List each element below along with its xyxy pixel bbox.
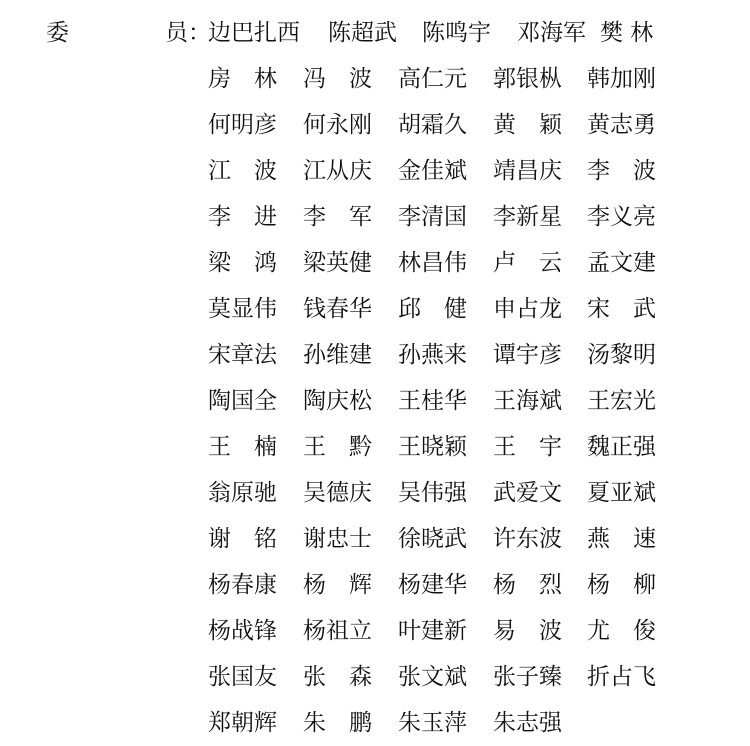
member-name: 朱 鹏 (303, 709, 372, 737)
member-name: 陶国全 (208, 387, 277, 415)
label-yuan: 员： (165, 19, 211, 47)
member-name: 靖昌庆 (493, 157, 562, 185)
member-name: 吴德庆 (303, 479, 372, 507)
member-name: 许东波 (493, 525, 562, 553)
member-name: 杨祖立 (303, 617, 372, 645)
member-name: 王 宇 (493, 433, 562, 461)
member-name: 夏亚斌 (587, 479, 656, 507)
member-name: 张 森 (303, 663, 372, 691)
name-row: 杨春康杨 辉杨建华杨 烈杨 柳 (208, 571, 678, 599)
member-name: 黄志勇 (587, 111, 656, 139)
member-name: 翁原驰 (208, 479, 277, 507)
member-name: 李义亮 (587, 203, 656, 231)
name-row: 张国友张 森张文斌张子臻折占飞 (208, 663, 678, 691)
member-name: 钱春华 (303, 295, 372, 323)
member-name: 冯 波 (303, 65, 372, 93)
member-name: 邱 健 (398, 295, 467, 323)
member-name: 卢 云 (493, 249, 562, 277)
name-row: 宋章法孙维建孙燕来谭宇彦汤黎明 (208, 341, 678, 369)
name-row: 陶国全陶庆松王桂华王海斌王宏光 (208, 387, 678, 415)
member-name: 宋 武 (587, 295, 656, 323)
member-name: 黄 颖 (493, 111, 562, 139)
member-name: 徐晓武 (398, 525, 467, 553)
name-row: 王 楠王 黔王晓颖王 宇魏正强 (208, 433, 678, 461)
member-name: 林昌伟 (398, 249, 467, 277)
member-name: 张文斌 (398, 663, 467, 691)
member-name: 吴伟强 (398, 479, 467, 507)
member-name: 樊 林 (600, 19, 653, 47)
name-row: 莫显伟钱春华邱 健申占龙宋 武 (208, 295, 678, 323)
label-wei: 委 (46, 19, 69, 47)
member-name: 邓海军 (517, 19, 586, 47)
name-row: 梁 鸿梁英健林昌伟卢 云孟文建 (208, 249, 678, 277)
member-name: 王晓颖 (398, 433, 467, 461)
member-name: 谢 铭 (208, 525, 277, 553)
member-name: 李新星 (493, 203, 562, 231)
name-row: 何明彦何永刚胡霜久黄 颖黄志勇 (208, 111, 678, 139)
member-name: 申占龙 (493, 295, 562, 323)
member-name: 胡霜久 (398, 111, 467, 139)
member-name: 张子臻 (493, 663, 562, 691)
member-name: 高仁元 (398, 65, 467, 93)
member-name: 杨战锋 (208, 617, 277, 645)
member-name: 王海斌 (493, 387, 562, 415)
member-name: 李 进 (208, 203, 277, 231)
member-name: 杨建华 (398, 571, 467, 599)
member-name: 宋章法 (208, 341, 277, 369)
member-name: 杨 辉 (303, 571, 372, 599)
name-row: 房 林冯 波高仁元郭银枞韩加刚 (208, 65, 678, 93)
member-name: 魏正强 (587, 433, 656, 461)
member-name: 江 波 (208, 157, 277, 185)
member-name: 王 黔 (303, 433, 372, 461)
member-name: 陶庆松 (303, 387, 372, 415)
name-row: 翁原驰吴德庆吴伟强武爱文夏亚斌 (208, 479, 678, 507)
member-name: 李清国 (398, 203, 467, 231)
member-name: 何永刚 (303, 111, 372, 139)
member-name: 韩加刚 (587, 65, 656, 93)
member-name: 莫显伟 (208, 295, 277, 323)
member-name: 陈鸣宇 (422, 19, 491, 47)
member-name: 梁 鸿 (208, 249, 277, 277)
member-name: 边巴扎西 (208, 19, 300, 47)
member-name: 易 波 (493, 617, 562, 645)
member-name: 朱志强 (493, 709, 562, 737)
member-name: 叶建新 (398, 617, 467, 645)
name-row: 江 波江从庆金佳斌靖昌庆李 波 (208, 157, 678, 185)
member-name: 孟文建 (587, 249, 656, 277)
name-row: 郑朝辉朱 鹏朱玉萍朱志强 (208, 709, 678, 737)
member-name: 王宏光 (587, 387, 656, 415)
member-name: 梁英健 (303, 249, 372, 277)
member-name: 王桂华 (398, 387, 467, 415)
name-row: 李 进李 军李清国李新星李义亮 (208, 203, 678, 231)
member-name: 王 楠 (208, 433, 277, 461)
member-name: 折占飞 (587, 663, 656, 691)
member-name: 郑朝辉 (208, 709, 277, 737)
member-name: 张国友 (208, 663, 277, 691)
member-name: 何明彦 (208, 111, 277, 139)
member-name: 金佳斌 (398, 157, 467, 185)
member-name: 孙维建 (303, 341, 372, 369)
member-name: 江从庆 (303, 157, 372, 185)
member-name: 李 波 (587, 157, 656, 185)
name-row: 谢 铭谢忠士徐晓武许东波燕 速 (208, 525, 678, 553)
member-name: 杨 烈 (493, 571, 562, 599)
member-name: 谢忠士 (303, 525, 372, 553)
member-name: 李 军 (303, 203, 372, 231)
member-name: 孙燕来 (398, 341, 467, 369)
member-name: 郭银枞 (493, 65, 562, 93)
member-name: 朱玉萍 (398, 709, 467, 737)
member-name: 杨 柳 (587, 571, 656, 599)
name-row: 杨战锋杨祖立叶建新易 波尤 俊 (208, 617, 678, 645)
member-name: 燕 速 (587, 525, 656, 553)
member-name: 武爱文 (493, 479, 562, 507)
name-row-first: 边巴扎西 陈超武 陈鸣宇 邓海军 樊 林 (208, 19, 678, 47)
member-name: 汤黎明 (587, 341, 656, 369)
member-name: 尤 俊 (587, 617, 656, 645)
member-name: 陈超武 (328, 19, 397, 47)
member-name: 房 林 (208, 65, 277, 93)
member-name: 杨春康 (208, 571, 277, 599)
member-name: 谭宇彦 (493, 341, 562, 369)
